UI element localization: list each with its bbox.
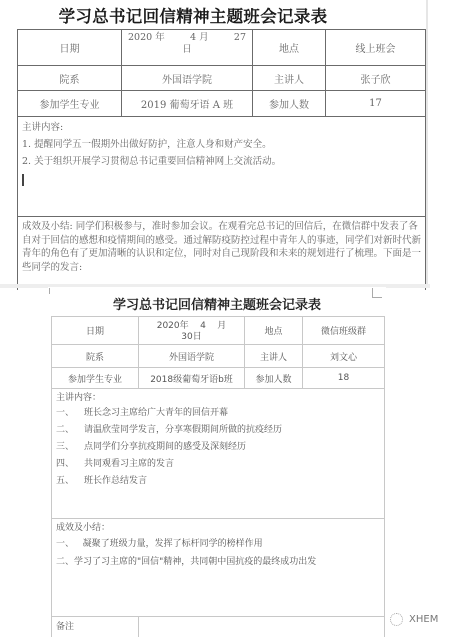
- summary-section: 成效及小结: 同学们积极参与，准时参加会议。在观看完总书记的回信后，在微信群中发…: [18, 217, 425, 290]
- record-2-table: 日期 2020年 4 月 30日 地点 微信班级群 院系 外国语学院 主讲人 刘…: [51, 316, 385, 637]
- date-day-suffix: 日: [128, 44, 246, 56]
- attendance-value: 17: [326, 91, 425, 116]
- remarks-label: 备注: [52, 617, 139, 637]
- list-item: 二、 请温欣莹同学发言，分享寒假期间所做的抗疫经历: [56, 422, 380, 439]
- date-year: 2020 年: [128, 32, 165, 44]
- table-row-class: 参加学生专业 2019 葡萄牙语 A 班 参加人数 17: [18, 91, 425, 117]
- class-label: 参加学生专业: [52, 368, 139, 388]
- record-2-title: 学习总书记回信精神主题班会记录表: [48, 294, 386, 313]
- text-cursor: [22, 174, 24, 186]
- location-label: 地点: [245, 317, 303, 344]
- date-label: 日期: [52, 317, 139, 344]
- list-item: 三、 点同学们分享抗疫期间的感受及深刻经历: [56, 439, 380, 456]
- list-item: 四、 共同观看习主席的发言: [56, 456, 380, 473]
- class-label: 参加学生专业: [18, 91, 122, 116]
- remarks-value: [139, 617, 384, 637]
- date-value: 2020年 4 月 30日: [139, 317, 245, 344]
- list-item: 一、 班长念习主席给广大青年的回信开幕: [56, 405, 380, 422]
- speaker-label: 主讲人: [253, 66, 326, 90]
- location-value: 微信班级群: [303, 317, 384, 344]
- date-line-1: 2020年 4 月: [157, 321, 227, 332]
- record-1-table: 日期 2020 年 4 月 27 日 地点 线上班会 院系 外国语学院 主讲人 …: [17, 29, 426, 290]
- list-item: 一、 凝聚了班级力量，发挥了标杆同学的榜样作用: [56, 535, 380, 553]
- department-value: 外国语学院: [139, 345, 245, 367]
- speaker-value: 刘文心: [303, 345, 384, 367]
- date-line-2: 30日: [157, 332, 227, 343]
- lecture-content-section[interactable]: 主讲内容: 1. 提醒同学五一假期外出做好防护，注意人身和财产安全。 2. 关于…: [18, 117, 425, 217]
- table-row-department: 院系 外国语学院 主讲人 张子欣: [18, 66, 425, 91]
- lecture-content-heading: 主讲内容:: [22, 119, 421, 136]
- list-item: 2. 关于组织开展学习贯彻总书记重要回信精神网上交流活动。: [22, 153, 421, 170]
- location-value: 线上班会: [326, 30, 425, 65]
- watermark-text: XHEM: [409, 614, 438, 625]
- list-item: 1. 提醒同学五一假期外出做好防护，注意人身和财产安全。: [22, 136, 421, 153]
- speaker-label: 主讲人: [245, 345, 303, 367]
- attendance-label: 参加人数: [245, 368, 303, 388]
- date-value: 2020 年 4 月 27 日: [122, 30, 253, 65]
- table-row-department: 院系 外国语学院 主讲人 刘文心: [52, 345, 384, 368]
- table-row-remarks: 备注: [52, 617, 384, 637]
- record-sheet-1: 学习总书记回信精神主题班会记录表 日期 2020 年 4 月 27 日 地点 线…: [0, 0, 428, 287]
- date-month: 4 月: [190, 32, 209, 44]
- list-item: 五、 班长作总结发言: [56, 473, 380, 490]
- watermark: XHEM: [390, 613, 438, 626]
- attendance-value: 18: [303, 368, 384, 388]
- date-day: 27: [234, 32, 246, 44]
- table-row-date: 日期 2020年 4 月 30日 地点 微信班级群: [52, 317, 384, 345]
- summary-heading: 成效及小结：: [56, 521, 380, 535]
- lecture-content-heading: 主讲内容：: [56, 391, 380, 405]
- location-label: 地点: [253, 30, 326, 65]
- speaker-value: 张子欣: [326, 66, 425, 90]
- class-value: 2018级葡萄牙语b班: [139, 368, 245, 388]
- summary-section: 成效及小结： 一、 凝聚了班级力量，发挥了标杆同学的榜样作用 二、学习了习主席的…: [52, 519, 384, 617]
- record-1-title: 学习总书记回信精神主题班会记录表: [0, 3, 386, 27]
- wechat-logo-icon: [390, 613, 403, 626]
- class-value: 2019 葡萄牙语 A 班: [122, 91, 253, 116]
- table-row-date: 日期 2020 年 4 月 27 日 地点 线上班会: [18, 30, 425, 66]
- department-label: 院系: [52, 345, 139, 367]
- date-label: 日期: [18, 30, 122, 65]
- lecture-content-section: 主讲内容： 一、 班长念习主席给广大青年的回信开幕 二、 请温欣莹同学发言，分享…: [52, 389, 384, 519]
- department-value: 外国语学院: [122, 66, 253, 90]
- table-row-class: 参加学生专业 2018级葡萄牙语b班 参加人数 18: [52, 368, 384, 389]
- list-item: 二、学习了习主席的"回信"精神，共同朝中国抗疫的最终成功出发: [56, 553, 380, 571]
- attendance-label: 参加人数: [253, 91, 326, 116]
- department-label: 院系: [18, 66, 122, 90]
